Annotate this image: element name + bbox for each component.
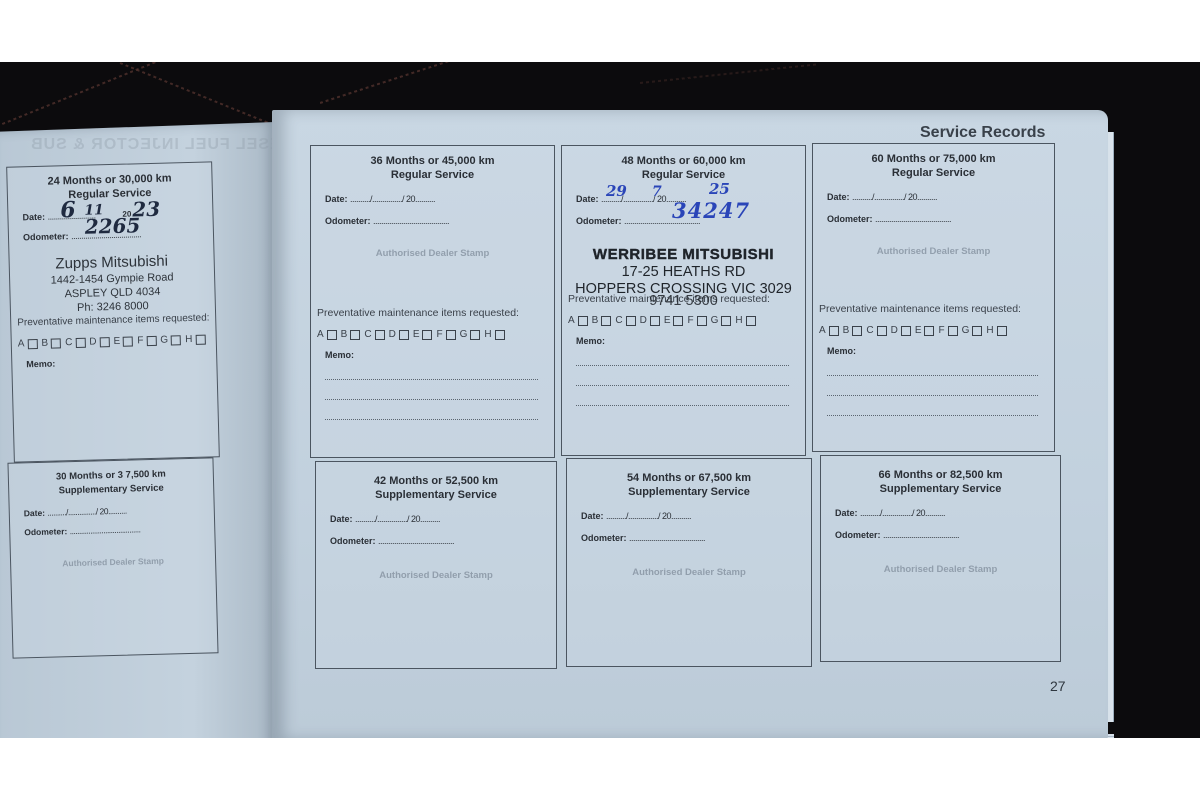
service-type: Regular Service <box>813 166 1054 180</box>
service-box-24-months: 24 Months or 30,000 km Regular Service D… <box>6 161 220 462</box>
checkbox-label-a: A <box>819 325 826 336</box>
date-blank: ........../.............../ 20.......... <box>350 194 435 204</box>
preventative-maintenance-label: Preventative maintenance items requested… <box>317 307 554 319</box>
checkbox-label-d: D <box>640 315 647 326</box>
service-interval: 60 Months or 75,000 km <box>813 152 1054 166</box>
checkbox-label-b: B <box>41 338 48 349</box>
checkbox-label-h: H <box>735 315 742 326</box>
maintenance-checkbox-g[interactable] <box>470 330 480 340</box>
service-box-42-months: 42 Months or 52,500 km Supplementary Ser… <box>315 461 557 669</box>
service-box-48-months: 48 Months or 60,000 km Regular Service D… <box>561 145 806 456</box>
checkbox-label-e: E <box>664 315 671 326</box>
odometer-blank: ...................................... <box>70 524 141 536</box>
checkbox-label-h: H <box>986 325 993 336</box>
maintenance-checkbox-row: ABCDEFGH <box>18 333 216 349</box>
date-blank: ........../.............../ 20.......... <box>852 192 937 202</box>
checkbox-label-d: D <box>89 336 97 347</box>
maintenance-checkbox-d[interactable] <box>99 337 109 347</box>
seat-stitching <box>640 63 819 84</box>
authorised-dealer-stamp-placeholder: Authorised Dealer Stamp <box>316 570 556 581</box>
memo-line[interactable] <box>325 398 538 400</box>
date-label: Date: <box>581 511 604 521</box>
date-label: Date: <box>576 194 599 204</box>
date-field[interactable]: Date: ........../.............../ 20....… <box>325 194 554 204</box>
maintenance-checkbox-a[interactable] <box>578 316 588 326</box>
maintenance-checkbox-row: ABCDEFGH <box>819 325 1054 336</box>
checkbox-label-b: B <box>592 315 599 326</box>
checkbox-label-e: E <box>915 325 922 336</box>
service-type: Supplementary Service <box>821 482 1060 496</box>
date-field[interactable]: Date: ........../.............../ 20....… <box>330 514 556 524</box>
date-label: Date: <box>325 194 348 204</box>
checkbox-label-g: G <box>160 335 168 346</box>
checkbox-label-f: F <box>938 325 944 336</box>
authorised-dealer-stamp-placeholder: Authorised Dealer Stamp <box>813 246 1054 257</box>
maintenance-checkbox-f[interactable] <box>697 316 707 326</box>
date-field[interactable]: Date: ........../.............../ 20....… <box>24 503 214 518</box>
handwritten-year: 25 <box>709 180 730 198</box>
page-title: Service Records <box>920 124 1045 142</box>
maintenance-checkbox-e[interactable] <box>673 316 683 326</box>
maintenance-checkbox-c[interactable] <box>375 330 385 340</box>
maintenance-checkbox-h[interactable] <box>997 326 1007 336</box>
maintenance-checkbox-d[interactable] <box>399 330 409 340</box>
memo-line[interactable] <box>827 414 1038 416</box>
maintenance-checkbox-c[interactable] <box>75 337 85 347</box>
authorised-dealer-stamp-placeholder: Authorised Dealer Stamp <box>821 564 1060 575</box>
checkbox-label-f: F <box>436 329 442 340</box>
maintenance-checkbox-h[interactable] <box>195 334 205 344</box>
odometer-label: Odometer: <box>325 216 371 226</box>
odometer-blank: ...................................... <box>373 216 449 226</box>
authorised-dealer-stamp-placeholder: Authorised Dealer Stamp <box>311 248 554 259</box>
odometer-field[interactable]: Odometer: ..............................… <box>835 530 1060 540</box>
odometer-field[interactable]: Odometer: ..............................… <box>827 214 1054 224</box>
odometer-blank: ...................................... <box>883 530 959 540</box>
checkbox-label-b: B <box>341 329 348 340</box>
odometer-label: Odometer: <box>835 530 881 540</box>
memo-line[interactable] <box>325 418 538 420</box>
dealer-address-line1: 17-25 HEATHS RD <box>562 264 805 280</box>
checkbox-label-a: A <box>18 338 25 349</box>
maintenance-checkbox-e[interactable] <box>924 326 934 336</box>
odometer-label: Odometer: <box>330 536 376 546</box>
service-box-54-months: 54 Months or 67,500 km Supplementary Ser… <box>566 458 812 667</box>
maintenance-checkbox-c[interactable] <box>877 326 887 336</box>
checkbox-label-g: G <box>460 329 468 340</box>
maintenance-checkbox-f[interactable] <box>146 335 156 345</box>
maintenance-checkbox-b[interactable] <box>601 316 611 326</box>
odometer-field[interactable]: Odometer: ..............................… <box>576 216 805 226</box>
service-type: Regular Service <box>311 168 554 182</box>
dealer-stamp-zupps: Zupps Mitsubishi 1442-1454 Gympie Road A… <box>10 251 215 315</box>
odometer-field[interactable]: Odometer: ..............................… <box>24 522 214 537</box>
maintenance-checkbox-g[interactable] <box>171 335 181 345</box>
service-box-30-months: 30 Months or 3 7,500 km Supplementary Se… <box>7 457 218 658</box>
service-interval: 54 Months or 67,500 km <box>567 471 811 485</box>
service-interval: 48 Months or 60,000 km <box>562 154 805 168</box>
checkbox-label-h: H <box>185 334 193 345</box>
service-interval: 42 Months or 52,500 km <box>316 474 556 488</box>
service-interval: 66 Months or 82,500 km <box>821 468 1060 482</box>
page-number: 27 <box>1050 678 1066 694</box>
left-page-bleed-text: DIESEL FUEL INJECTOR & SUB <box>30 136 299 154</box>
date-label: Date: <box>827 192 850 202</box>
maintenance-checkbox-b[interactable] <box>51 338 61 348</box>
odometer-blank: ...................................... <box>378 536 454 546</box>
memo-line[interactable] <box>325 378 538 380</box>
authorised-dealer-stamp-placeholder: Authorised Dealer Stamp <box>567 567 811 578</box>
service-interval: 36 Months or 45,000 km <box>311 154 554 168</box>
date-field[interactable]: Date: ........../.............../ 20....… <box>827 192 1054 202</box>
checkbox-label-e: E <box>113 336 120 347</box>
seat-stitching <box>0 62 221 134</box>
maintenance-checkbox-d[interactable] <box>901 326 911 336</box>
service-box-66-months: 66 Months or 82,500 km Supplementary Ser… <box>820 455 1061 662</box>
handwritten-month: 7 <box>652 184 662 200</box>
preventative-maintenance-label: Preventative maintenance items requested… <box>17 312 215 328</box>
handwritten-day: 29 <box>606 182 627 200</box>
date-label: Date: <box>22 212 45 223</box>
maintenance-checkbox-h[interactable] <box>746 316 756 326</box>
maintenance-checkbox-e[interactable] <box>123 336 133 346</box>
date-blank: ........../.............../ 20.......... <box>606 511 691 521</box>
odometer-field[interactable]: Odometer: ..............................… <box>581 533 811 543</box>
maintenance-checkbox-f[interactable] <box>446 330 456 340</box>
dealer-phone: 9741 5300 <box>562 293 805 309</box>
preventative-maintenance-label: Preventative maintenance items requested… <box>819 303 1054 315</box>
odometer-blank: ...................................... <box>875 214 951 224</box>
checkbox-label-d: D <box>389 329 396 340</box>
date-field[interactable]: Date: ........../.............../ 20....… <box>581 511 811 521</box>
maintenance-checkbox-h[interactable] <box>495 330 505 340</box>
maintenance-checkbox-b[interactable] <box>852 326 862 336</box>
checkbox-label-a: A <box>317 329 324 340</box>
service-box-36-months: 36 Months or 45,000 km Regular Service D… <box>310 145 555 458</box>
date-blank: ........../.............../ 20.......... <box>355 514 440 524</box>
memo-label: Memo: <box>26 354 216 369</box>
odometer-blank: ...................................... <box>629 533 705 543</box>
memo-line[interactable] <box>576 364 789 366</box>
checkbox-label-f: F <box>687 315 693 326</box>
maintenance-checkbox-e[interactable] <box>422 330 432 340</box>
memo-line[interactable] <box>827 394 1038 396</box>
handwritten-day: 6 <box>60 197 76 223</box>
memo-label: Memo: <box>827 346 1054 356</box>
checkbox-label-g: G <box>962 325 970 336</box>
checkbox-label-g: G <box>711 315 719 326</box>
service-type: Supplementary Service <box>316 488 556 502</box>
checkbox-label-c: C <box>364 329 371 340</box>
date-field[interactable]: Date: ........../.............../ 20....… <box>835 508 1060 518</box>
dealer-stamp-werribee: WERRIBEE MITSUBISHI 17-25 HEATHS RD HOPP… <box>562 246 805 309</box>
odometer-field[interactable]: Odometer: ..............................… <box>330 536 556 546</box>
maintenance-checkbox-row: ABCDEFGH <box>568 315 805 326</box>
seat-stitching <box>320 62 511 104</box>
service-type: Supplementary Service <box>567 485 811 499</box>
date-label: Date: <box>24 508 46 519</box>
maintenance-checkbox-g[interactable] <box>721 316 731 326</box>
odometer-label: Odometer: <box>23 231 69 242</box>
maintenance-checkbox-c[interactable] <box>626 316 636 326</box>
checkbox-label-c: C <box>866 325 873 336</box>
memo-line[interactable] <box>576 404 789 406</box>
service-type: Regular Service <box>562 168 805 182</box>
checkbox-label-h: H <box>484 329 491 340</box>
maintenance-checkbox-a[interactable] <box>829 326 839 336</box>
memo-line[interactable] <box>576 384 789 386</box>
maintenance-checkbox-d[interactable] <box>650 316 660 326</box>
memo-label: Memo: <box>325 350 554 360</box>
maintenance-checkbox-row: ABCDEFGH <box>317 329 554 340</box>
maintenance-checkbox-b[interactable] <box>350 330 360 340</box>
service-box-60-months: 60 Months or 75,000 km Regular Service D… <box>812 143 1055 452</box>
date-label: Date: <box>835 508 858 518</box>
checkbox-label-c: C <box>615 315 622 326</box>
maintenance-checkbox-a[interactable] <box>327 330 337 340</box>
checkbox-label-a: A <box>568 315 575 326</box>
handwritten-odometer: 34247 <box>672 198 750 223</box>
memo-line[interactable] <box>827 374 1038 376</box>
maintenance-checkbox-g[interactable] <box>972 326 982 336</box>
maintenance-checkbox-a[interactable] <box>27 338 37 348</box>
odometer-label: Odometer: <box>827 214 873 224</box>
maintenance-checkbox-f[interactable] <box>948 326 958 336</box>
date-blank: ........../.............../ 20.......... <box>47 506 126 518</box>
dealer-name: WERRIBEE MITSUBISHI <box>562 246 805 263</box>
odometer-label: Odometer: <box>581 533 627 543</box>
checkbox-label-c: C <box>65 337 73 348</box>
odometer-field[interactable]: Odometer: ..............................… <box>325 216 554 226</box>
checkbox-label-e: E <box>413 329 420 340</box>
handwritten-odometer: 2265 <box>84 213 140 238</box>
date-blank: ........../.............../ 20.......... <box>860 508 945 518</box>
checkbox-label-d: D <box>891 325 898 336</box>
authorised-dealer-stamp-placeholder: Authorised Dealer Stamp <box>11 554 215 569</box>
checkbox-label-f: F <box>137 335 143 346</box>
memo-label: Memo: <box>576 336 805 346</box>
odometer-label: Odometer: <box>576 216 622 226</box>
odometer-label: Odometer: <box>24 526 67 537</box>
odometer-field[interactable]: Odometer: ..............................… <box>23 227 213 242</box>
date-label: Date: <box>330 514 353 524</box>
checkbox-label-b: B <box>843 325 850 336</box>
